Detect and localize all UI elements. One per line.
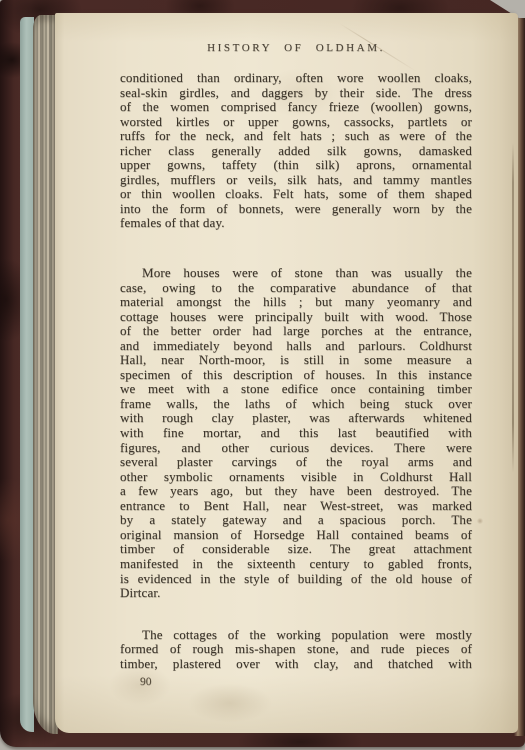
text-line: and immediately beyond halls and parlour… [120, 339, 472, 354]
text-block: conditioned than ordinary, often wore wo… [120, 71, 472, 671]
text-line: into the form of bonnets, were generally… [120, 202, 472, 217]
text-line: material amongst the hills ; but many ye… [120, 295, 472, 310]
text-line: frame walls, the laths of which being st… [120, 397, 472, 412]
text-line: upper gowns, taffety (thin silk) aprons,… [120, 158, 472, 173]
text-line: of the women comprised fancy frieze (woo… [120, 100, 472, 115]
photo-background: HISTORY OF OLDHAM. conditioned than ordi… [0, 0, 525, 750]
text-line: other symbolic ornaments visible in Cold… [120, 470, 472, 485]
text-line: conditioned than ordinary, often wore wo… [120, 71, 472, 86]
text-line: cottage houses were principally built wi… [120, 310, 472, 325]
text-line: worsted kirtles or upper gowns, cassocks… [120, 115, 472, 130]
text-line: females of that day. [120, 216, 472, 231]
endpaper-edge [20, 17, 34, 732]
text-line: timber of considerable size. The great a… [120, 542, 472, 557]
text-line: with fine mortar, and this last beautifi… [120, 426, 472, 441]
text-line: ruffs for the neck, and felt hats ; such… [120, 129, 472, 144]
text-line: original mansion of Horsedge Hall contai… [120, 528, 472, 543]
paragraph: More houses were of stone than was usual… [120, 266, 472, 601]
text-line: case, owing to the comparative abundance… [120, 281, 472, 296]
text-line: of the better order had large porches at… [120, 324, 472, 339]
text-line: formed of rough mis-shapen stone, and ru… [120, 642, 472, 657]
text-line: seal-skin girdles, and daggers by their … [120, 86, 472, 101]
running-header: HISTORY OF OLDHAM. [120, 42, 472, 55]
text-line: or thin woollen cloaks. Felt hats, some … [120, 187, 472, 202]
text-line: girdles, mufflers or veils, silk hats, a… [120, 173, 472, 188]
text-line: a few years ago, but they have been dest… [120, 484, 472, 499]
text-line: entrance to Bent Hall, near West-street,… [120, 499, 472, 514]
text-line: Dirtcar. [120, 586, 472, 601]
text-line: we meet with a stone edifice once contai… [120, 382, 472, 397]
text-line: richer class generally added silk gowns,… [120, 144, 472, 159]
page-number: 90 [140, 676, 518, 689]
text-line: several plaster carvings of the royal ar… [120, 455, 472, 470]
text-line: with rough clay plaster, was afterwards … [120, 411, 472, 426]
text-line: timber, plastered over with clay, and th… [120, 657, 472, 672]
text-line: figures, and other curious devices. Ther… [120, 441, 472, 456]
text-line: manifested in the sixteenth century to g… [120, 557, 472, 572]
text-line: specimen of this description of houses. … [120, 368, 472, 383]
paragraph: conditioned than ordinary, often wore wo… [120, 71, 472, 231]
text-line: More houses were of stone than was usual… [120, 266, 472, 281]
text-line: by a stately gateway and a spacious porc… [120, 513, 472, 528]
screenshot-root: { "page": { "header": "HISTORY OF OLDHAM… [0, 0, 525, 750]
page-content: HISTORY OF OLDHAM. conditioned than ordi… [55, 13, 518, 733]
text-line: is evidenced in the style of building of… [120, 572, 472, 587]
text-line: The cottages of the working population w… [120, 628, 472, 643]
book-page: HISTORY OF OLDHAM. conditioned than ordi… [55, 13, 518, 733]
text-line: Hall, near North-moor, is still in some … [120, 353, 472, 368]
paragraph: The cottages of the working population w… [120, 628, 472, 672]
